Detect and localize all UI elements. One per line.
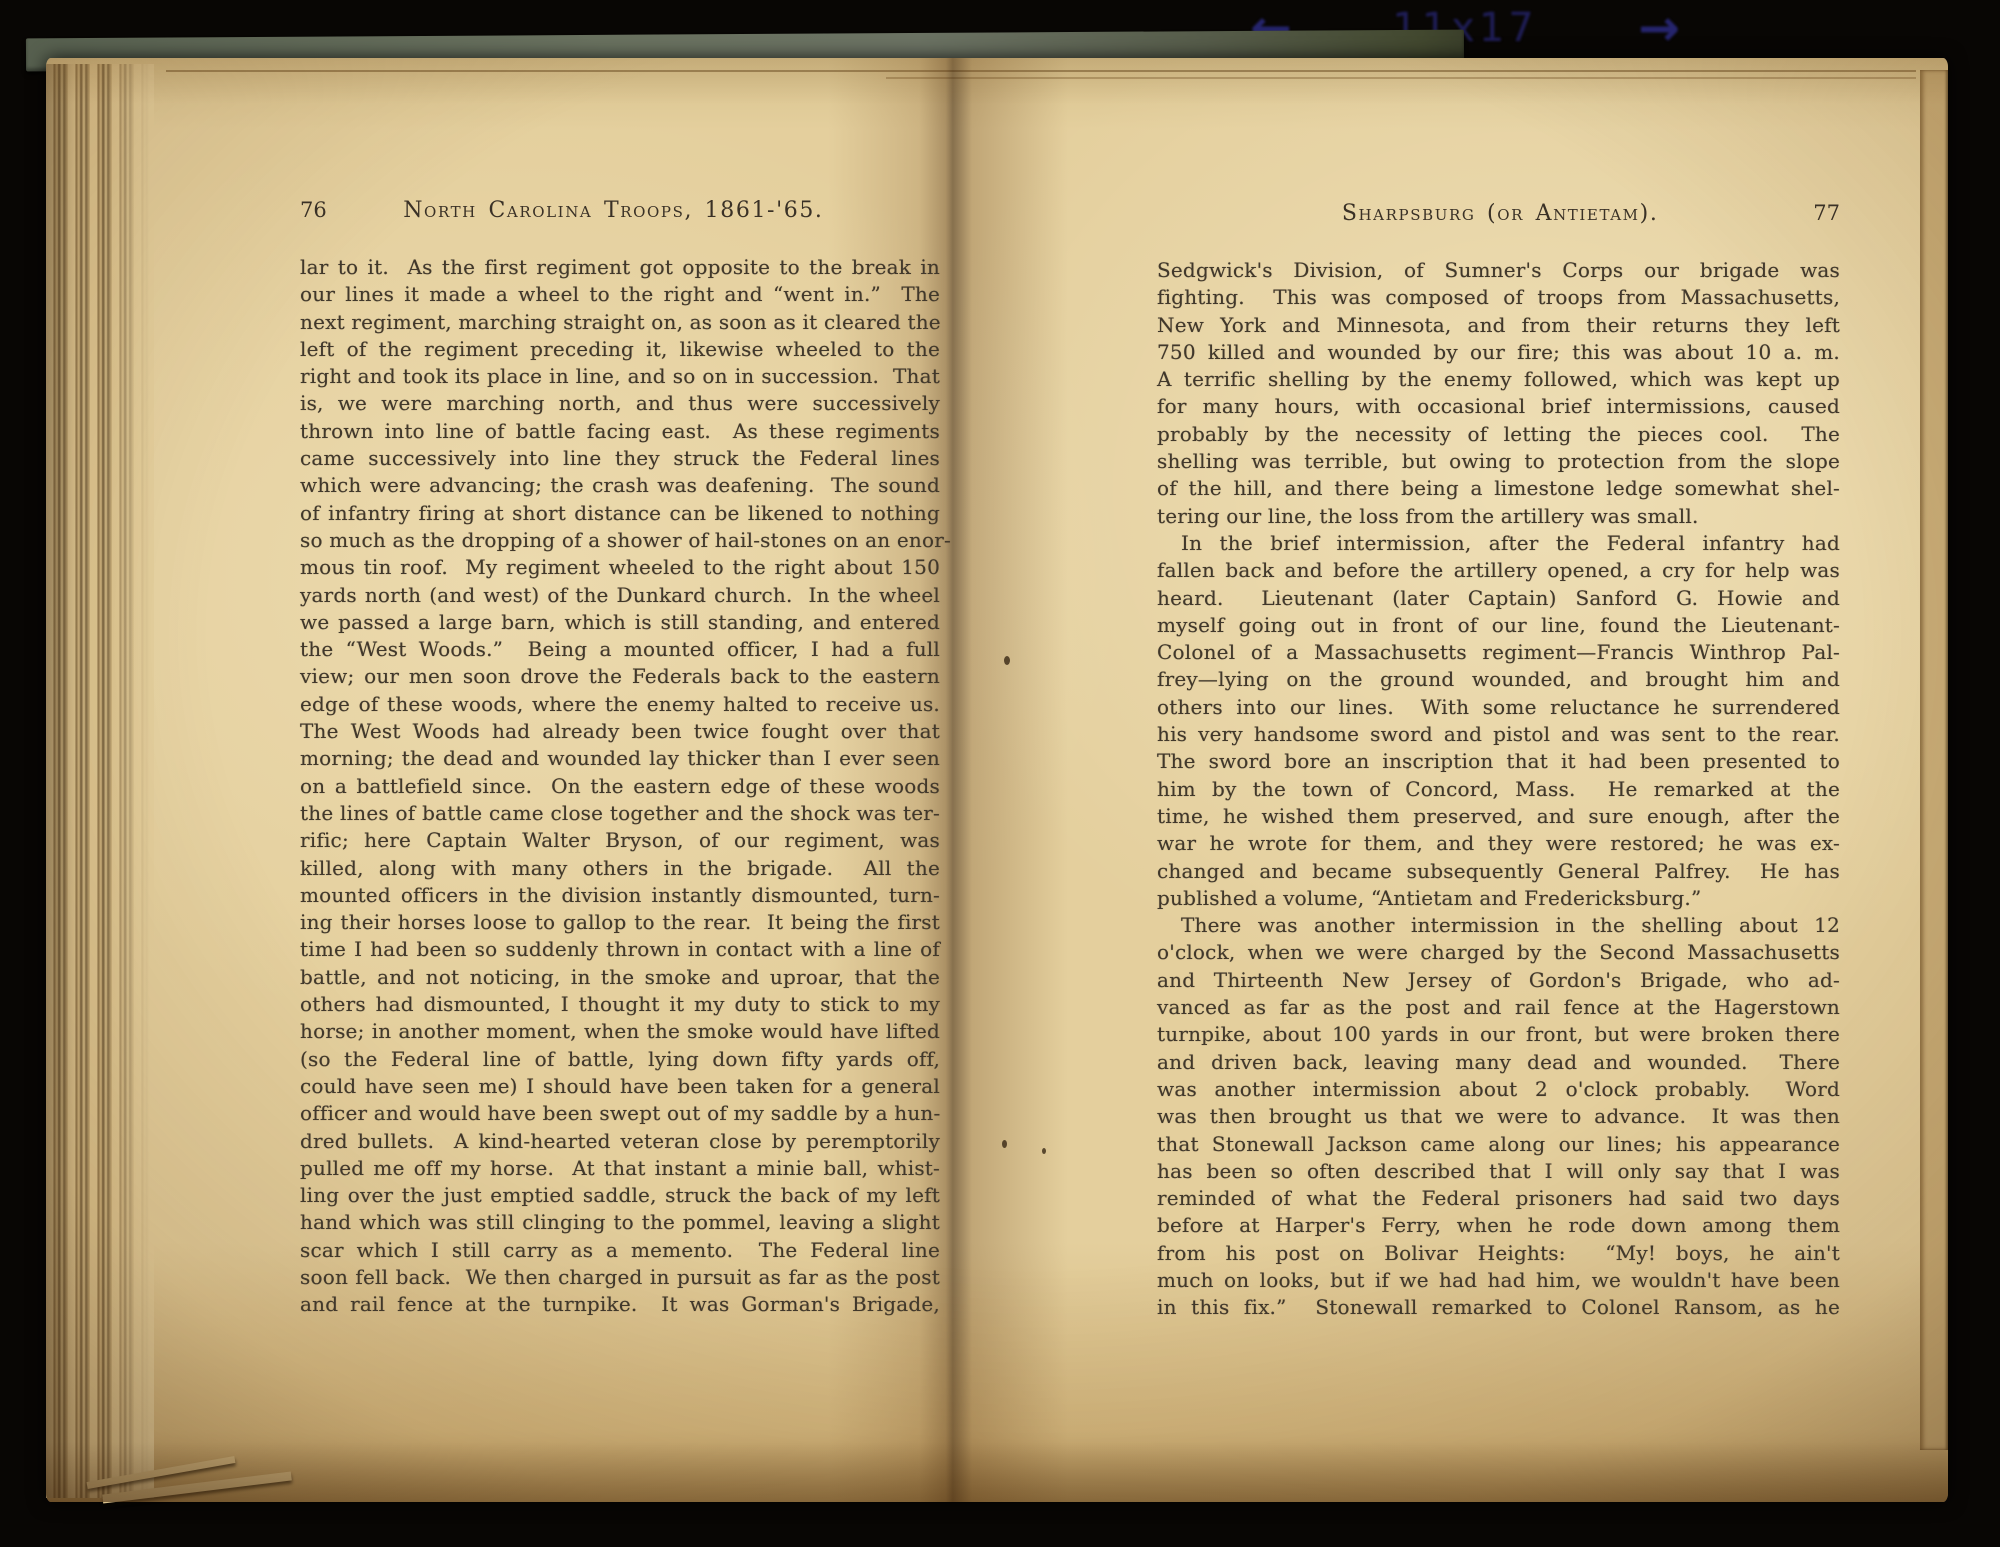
text-line: right and took its place in line, and so… xyxy=(300,363,940,390)
text-line: on a battlefield since. On the eastern e… xyxy=(300,773,940,800)
text-line: The West Woods had already been twice fo… xyxy=(300,718,940,745)
text-line: shelling was terrible, but owing to prot… xyxy=(1157,448,1840,475)
text-line: dred bullets. A kind-hearted veteran clo… xyxy=(300,1128,940,1155)
text-line: 750 killed and wounded by our fire; this… xyxy=(1157,339,1840,366)
text-line: time, he wished them preserved, and sure… xyxy=(1157,803,1840,830)
text-line: The sword bore an inscription that it ha… xyxy=(1157,748,1840,775)
text-line: Colonel of a Massachusetts regiment—Fran… xyxy=(1157,639,1840,666)
text-line: and rail fence at the turnpike. It was G… xyxy=(300,1291,940,1318)
text-line: in this fix.” Stonewall remarked to Colo… xyxy=(1157,1294,1840,1321)
text-line: fallen back and before the artillery ope… xyxy=(1157,557,1840,584)
text-line: came successively into line they struck … xyxy=(300,445,940,472)
text-line: lar to it. As the first regiment got opp… xyxy=(300,254,940,281)
text-line: ing their horses loose to gallop to the … xyxy=(300,909,940,936)
under-page-edge xyxy=(1920,70,1948,1450)
text-line: thrown into line of battle facing east. … xyxy=(300,418,940,445)
text-line: hand which was still clinging to the pom… xyxy=(300,1209,940,1236)
text-line: (so the Federal line of battle, lying do… xyxy=(300,1046,940,1073)
text-line: horse; in another moment, when the smoke… xyxy=(300,1018,940,1045)
text-line: battle, and not noticing, in the smoke a… xyxy=(300,964,940,991)
running-title-left: North Carolina Troops, 1861-'65. xyxy=(327,198,940,223)
text-line: tering our line, the loss from the artil… xyxy=(1157,503,1840,530)
paragraph: In the brief intermission, after the Fed… xyxy=(1157,530,1840,912)
text-line: o'clock, when we were charged by the Sec… xyxy=(1157,939,1840,966)
text-line: morning; the dead and wounded lay thicke… xyxy=(300,745,940,772)
text-line: others into our lines. With some relucta… xyxy=(1157,694,1840,721)
text-line: heard. Lieutenant (later Captain) Sanfor… xyxy=(1157,585,1840,612)
text-line: war he wrote for them, and they were res… xyxy=(1157,830,1840,857)
left-page: 76 North Carolina Troops, 1861-'65. lar … xyxy=(300,198,940,1319)
text-line: before at Harper's Ferry, when he rode d… xyxy=(1157,1212,1840,1239)
text-line: next regiment, marching straight on, as … xyxy=(300,309,940,336)
text-line: of the hill, and there being a limestone… xyxy=(1157,475,1840,502)
text-line: we passed a large barn, which is still s… xyxy=(300,609,940,636)
text-line: Sedgwick's Division, of Sumner's Corps o… xyxy=(1157,257,1840,284)
text-line: has been so often described that I will … xyxy=(1157,1158,1840,1185)
text-line: officer and would have been swept out of… xyxy=(300,1100,940,1127)
text-line: vanced as far as the post and rail fence… xyxy=(1157,994,1840,1021)
text-line: his very handsome sword and pistol and w… xyxy=(1157,721,1840,748)
text-line: is, we were marching north, and thus wer… xyxy=(300,390,940,417)
left-page-text: lar to it. As the first regiment got opp… xyxy=(300,254,940,1319)
page-speck xyxy=(1042,1148,1046,1154)
right-page: Sharpsburg (or Antietam). 77 Sedgwick's … xyxy=(1157,201,1840,1322)
text-line: could have seen me) I should have been t… xyxy=(300,1073,940,1100)
text-line: others had dismounted, I thought it my d… xyxy=(300,991,940,1018)
text-line: There was another intermission in the sh… xyxy=(1157,912,1840,939)
text-line: killed, along with many others in the br… xyxy=(300,855,940,882)
text-line: pulled me off my horse. At that instant … xyxy=(300,1155,940,1182)
text-line: was then brought us that we were to adva… xyxy=(1157,1103,1840,1130)
text-line: myself going out in front of our line, f… xyxy=(1157,612,1840,639)
right-arrow-mark: → xyxy=(1638,3,1680,53)
text-line: frey—lying on the ground wounded, and br… xyxy=(1157,666,1840,693)
right-page-text: Sedgwick's Division, of Sumner's Corps o… xyxy=(1157,257,1840,1322)
text-line: scar which I still carry as a memento. T… xyxy=(300,1237,940,1264)
text-line: probably by the necessity of letting the… xyxy=(1157,421,1840,448)
paragraph: lar to it. As the first regiment got opp… xyxy=(300,254,940,1319)
text-line: so much as the dropping of a shower of h… xyxy=(300,527,940,554)
text-line: from his post on Bolivar Heights: “My! b… xyxy=(1157,1240,1840,1267)
page-number-left: 76 xyxy=(300,198,327,222)
text-line: turnpike, about 100 yards in our front, … xyxy=(1157,1021,1840,1048)
text-line: fighting. This was composed of troops fr… xyxy=(1157,284,1840,311)
text-line: soon fell back. We then charged in pursu… xyxy=(300,1264,940,1291)
text-line: yards north (and west) of the Dunkard ch… xyxy=(300,582,940,609)
text-line: much on looks, but if we had had him, we… xyxy=(1157,1267,1840,1294)
left-page-header: 76 North Carolina Troops, 1861-'65. xyxy=(300,198,940,223)
text-line: him by the town of Concord, Mass. He rem… xyxy=(1157,776,1840,803)
text-line: was another intermission about 2 o'clock… xyxy=(1157,1076,1840,1103)
page-stack-edges xyxy=(46,64,154,1498)
text-line: time I had been so suddenly thrown in co… xyxy=(300,936,940,963)
page-speck xyxy=(1002,1140,1007,1148)
paragraph: Sedgwick's Division, of Sumner's Corps o… xyxy=(1157,257,1840,530)
text-line: that Stonewall Jackson came along our li… xyxy=(1157,1131,1840,1158)
text-line: for many hours, with occasional brief in… xyxy=(1157,393,1840,420)
text-line: and driven back, leaving many dead and w… xyxy=(1157,1049,1840,1076)
running-title-right: Sharpsburg (or Antietam). xyxy=(1157,201,1813,226)
text-line: reminded of what the Federal prisoners h… xyxy=(1157,1185,1840,1212)
text-line: the “West Woods.” Being a mounted office… xyxy=(300,636,940,663)
text-line: published a volume, “Antietam and Freder… xyxy=(1157,885,1840,912)
text-line: A terrific shelling by the enemy followe… xyxy=(1157,366,1840,393)
text-line: mounted officers in the division instant… xyxy=(300,882,940,909)
text-line: rific; here Captain Walter Bryson, of ou… xyxy=(300,827,940,854)
text-line: view; our men soon drove the Federals ba… xyxy=(300,663,940,690)
text-line: left of the regiment preceding it, likew… xyxy=(300,336,940,363)
text-line: the lines of battle came close together … xyxy=(300,800,940,827)
text-line: In the brief intermission, after the Fed… xyxy=(1157,530,1840,557)
text-line: our lines it made a wheel to the right a… xyxy=(300,281,940,308)
paragraph: There was another intermission in the sh… xyxy=(1157,912,1840,1321)
page-speck xyxy=(1004,656,1010,665)
text-line: and Thirteenth New Jersey of Gordon's Br… xyxy=(1157,967,1840,994)
text-line: New York and Minnesota, and from their r… xyxy=(1157,312,1840,339)
page-number-right: 77 xyxy=(1813,201,1840,225)
text-line: ling over the just emptied saddle, struc… xyxy=(300,1182,940,1209)
text-line: mous tin roof. My regiment wheeled to th… xyxy=(300,554,940,581)
text-line: changed and became subsequently General … xyxy=(1157,858,1840,885)
text-line: which were advancing; the crash was deaf… xyxy=(300,472,940,499)
book-scan: ← 11x17 → 76 North Carolina Troops, 1861… xyxy=(0,0,2000,1547)
text-line: of infantry firing at short distance can… xyxy=(300,500,940,527)
text-line: edge of these woods, where the enemy hal… xyxy=(300,691,940,718)
right-page-header: Sharpsburg (or Antietam). 77 xyxy=(1157,201,1840,226)
